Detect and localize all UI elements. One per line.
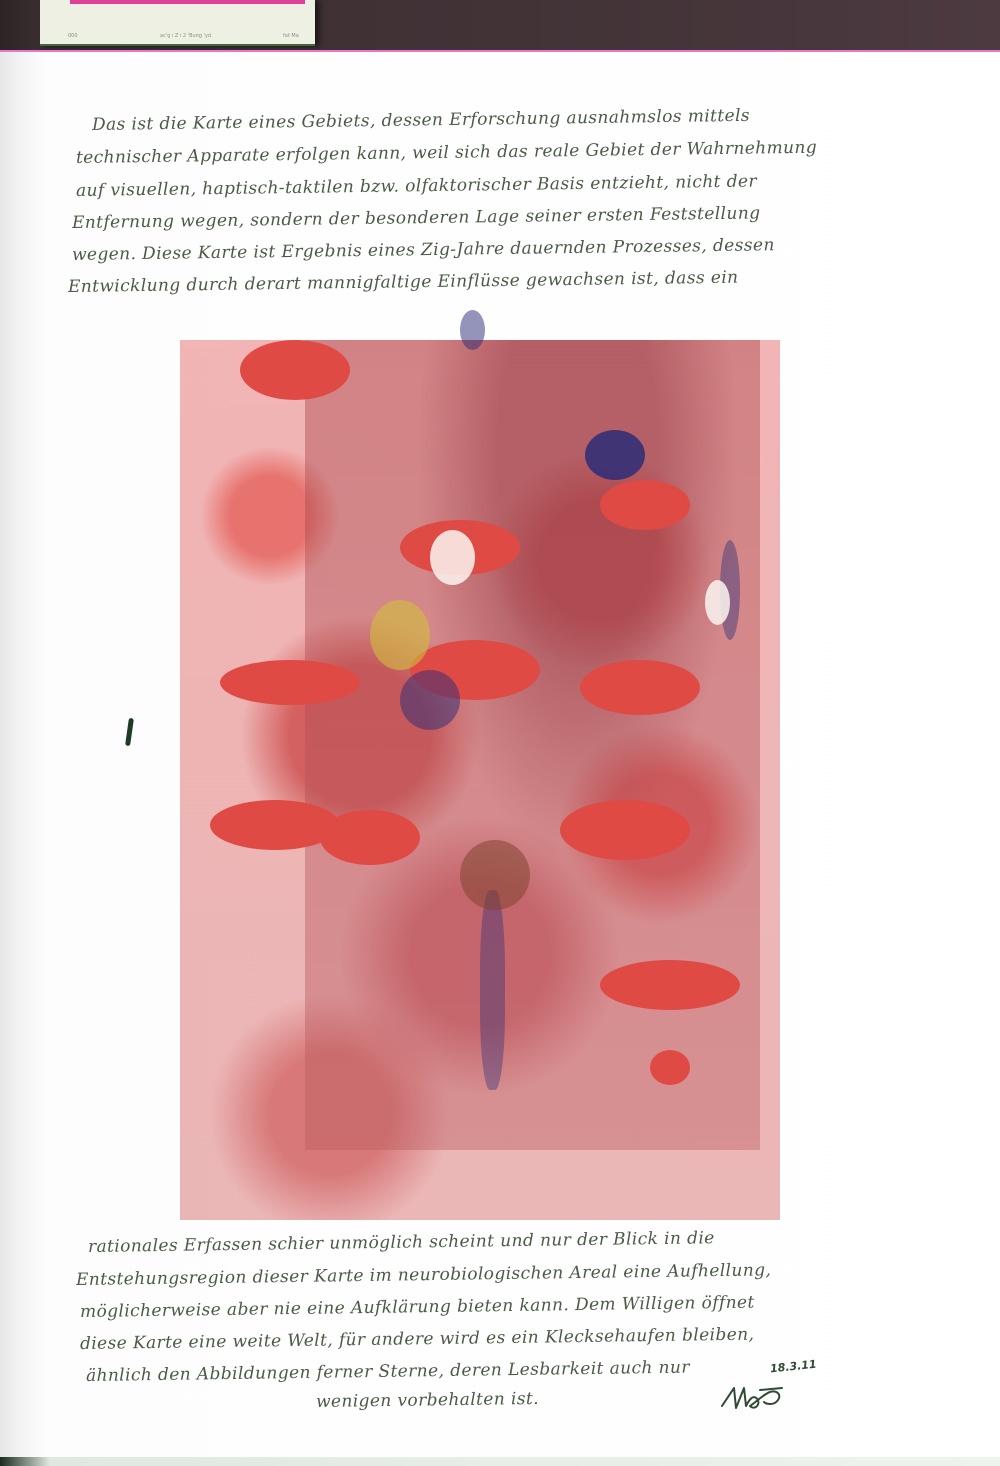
book-title-strip [70, 0, 305, 4]
paint-blob [580, 660, 700, 715]
blue-paint-streak [480, 890, 505, 1090]
blue-paint-blob [585, 430, 645, 480]
scanner-edge [0, 1457, 1000, 1466]
paint-blob [320, 810, 420, 865]
blue-paint-blob [460, 310, 485, 350]
text-line: wenigen vorbehalten ist. [316, 1389, 539, 1412]
yellow-paint-blob [370, 600, 430, 670]
paint-blob [650, 1050, 690, 1085]
paint-blob [220, 660, 360, 705]
paint-blob [600, 480, 690, 530]
book-footer-left: 000 [68, 33, 78, 39]
signature-icon [720, 1380, 800, 1412]
monotype-artwork [160, 300, 860, 1240]
brown-paint-blob [460, 840, 530, 910]
book-footer-right: fat Ma [283, 33, 299, 39]
paper-highlight [705, 580, 730, 625]
paint-blob [240, 340, 350, 400]
artwork-inner-panel [305, 340, 760, 1150]
adjacent-book-cover: 000 ac'g ı Z ı 2 'Bung 'yd fat Ma [40, 0, 315, 46]
paint-blob [600, 960, 740, 1010]
paint-blob [560, 800, 690, 860]
paper-highlight [430, 530, 475, 585]
blue-paint-blob [400, 670, 460, 730]
book-footer-mid: ac'g ı Z ı 2 'Bung 'yd [160, 33, 211, 39]
